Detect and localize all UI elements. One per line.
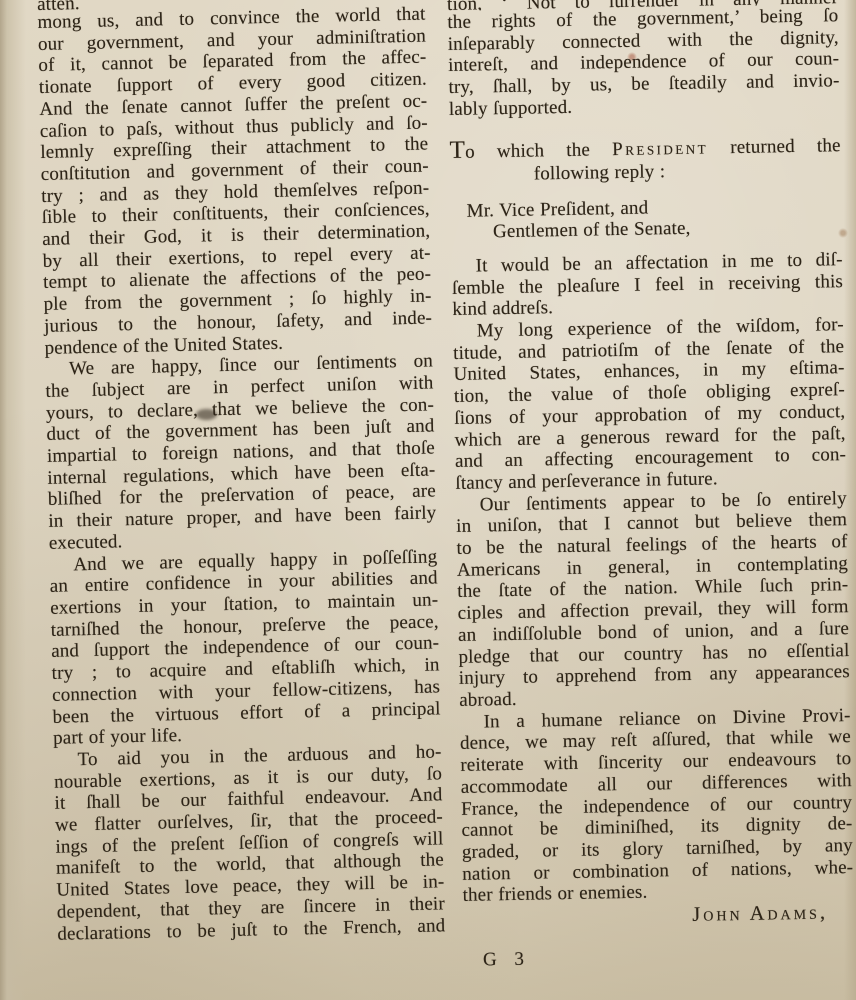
paragraph: It would be an affectation in me to diſ-… bbox=[451, 249, 843, 321]
paragraph: And we are equally happy in poſſeſſingan… bbox=[49, 546, 441, 750]
reply-heading: To which the President returned thefollo… bbox=[449, 132, 841, 187]
ink-blot bbox=[196, 409, 217, 420]
paragraph: In a humane reliance on Divine Provi-den… bbox=[459, 705, 853, 907]
paragraph: We are happy, ſince our ſentiments onthe… bbox=[45, 351, 437, 555]
paragraph: the rights of the government,’ being ſoi… bbox=[447, 5, 840, 120]
right-column: tion, ‘ Not to ſurrender in any manner t… bbox=[447, 0, 854, 930]
scanned-page: atten. mong us, and to convince the worl… bbox=[0, 0, 856, 1000]
salutation: Mr. Vice Preſident, andGentlemen of the … bbox=[450, 194, 842, 244]
paragraph: To aid you in the arduous and ho-nourabl… bbox=[53, 741, 445, 945]
paragraph: My long experience of the wiſdom, for-ti… bbox=[453, 314, 847, 494]
paragraph: Our ſentiments appear to be ſo entirelyi… bbox=[456, 488, 851, 712]
president-smallcaps: President bbox=[612, 137, 708, 160]
paragraph: mong us, and to convince the world thato… bbox=[37, 4, 432, 360]
left-column: atten. mong us, and to convince the worl… bbox=[37, 0, 446, 945]
left-column-text: mong us, and to convince the world thato… bbox=[37, 4, 445, 945]
right-column-text: the rights of the government,’ being ſoi… bbox=[447, 5, 854, 930]
signature-mark: G 3 bbox=[483, 949, 525, 972]
